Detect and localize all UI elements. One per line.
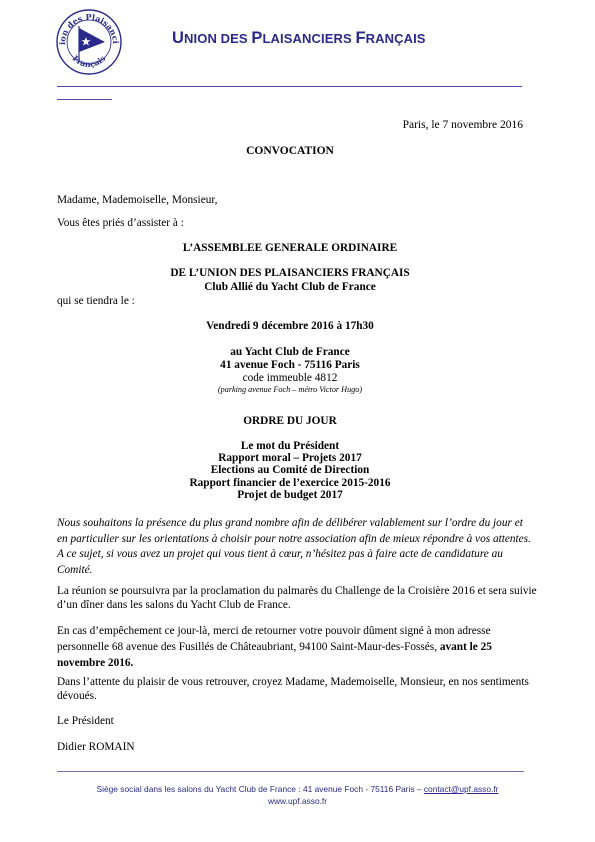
closing-paragraph: Dans l’attente du plaisir de vous retrou… xyxy=(57,675,532,704)
assembly-line-1: L’ASSEMBLEE GENERALE ORDINAIRE xyxy=(50,242,530,254)
event-datetime: Vendredi 9 décembre 2016 à 17h30 xyxy=(50,320,530,332)
event-address: 41 avenue Foch - 75116 Paris xyxy=(50,359,530,371)
agenda-item: Le mot du Président xyxy=(50,440,530,452)
agenda-list: Le mot du Président Rapport moral – Proj… xyxy=(50,440,530,501)
club-pennant-logo-icon: Union des Plaisanciers Français xyxy=(55,8,123,76)
participation-paragraph: Nous souhaitons la présence du plus gran… xyxy=(57,516,532,578)
building-code: code immeuble 4812 xyxy=(50,372,530,384)
text-line: Nous souhaitons la présence du plus gran… xyxy=(57,516,532,532)
deadline-bold: avant le 25 xyxy=(440,641,492,653)
text-line: Comité. xyxy=(57,563,532,579)
agenda-item: Rapport financier de l’exercice 2015-201… xyxy=(50,477,530,489)
agenda-heading: ORDRE DU JOUR xyxy=(50,415,530,427)
signature-name: Didier ROMAIN xyxy=(57,740,532,754)
header-divider xyxy=(57,86,522,87)
text-line: personnelle 68 avenue des Fusillés de Ch… xyxy=(57,639,532,655)
text-line: A ce sujet, si vous avez un projet qui v… xyxy=(57,547,532,563)
salutation: Madame, Mademoiselle, Monsieur, xyxy=(57,193,532,207)
organization-title: UNION DES PLAISANCIERS FRANÇAIS xyxy=(172,29,426,48)
footer-divider xyxy=(57,771,524,772)
agenda-item: Rapport moral – Projets 2017 xyxy=(50,452,530,464)
proxy-paragraph: En cas d’empêchement ce jour-là, merci d… xyxy=(57,623,532,671)
header-divider-short xyxy=(57,99,112,100)
held-on-label: qui se tiendra le : xyxy=(57,294,532,308)
event-venue: au Yacht Club de France xyxy=(50,346,530,358)
agenda-item: Elections au Comité de Direction xyxy=(50,464,530,476)
agenda-item: Projet de budget 2017 xyxy=(50,489,530,501)
footer-address: Siège social dans les salons du Yacht Cl… xyxy=(97,784,424,794)
text-line: en particulier sur les orientations à ch… xyxy=(57,532,532,548)
website-text: www.upf.asso.fr xyxy=(40,796,555,808)
text-line: La réunion se poursuivra par la proclama… xyxy=(57,584,532,598)
invite-intro: Vous êtes priés d’assister à : xyxy=(57,216,532,230)
reunion-paragraph: La réunion se poursuivra par la proclama… xyxy=(57,584,532,613)
assembly-line-2: DE L’UNION DES PLAISANCIERS FRANÇAIS xyxy=(50,267,530,279)
proxy-address: personnelle 68 avenue des Fusillés de Ch… xyxy=(57,641,440,653)
text-line: Dans l’attente du plaisir de vous retrou… xyxy=(57,675,532,689)
date-line: Paris, le 7 novembre 2016 xyxy=(403,119,523,131)
text-line: d’un dîner dans les salons du Yacht Club… xyxy=(57,598,532,612)
contact-email-link[interactable]: contact@upf.asso.fr xyxy=(424,784,499,794)
footer: Siège social dans les salons du Yacht Cl… xyxy=(40,784,555,807)
text-line: En cas d’empêchement ce jour-là, merci d… xyxy=(57,623,532,639)
document-title: CONVOCATION xyxy=(50,145,530,157)
signature-role: Le Président xyxy=(57,714,532,728)
text-line: dévoués. xyxy=(57,689,532,703)
access-info: (parking avenue Foch – métro Victor Hugo… xyxy=(50,385,530,394)
assembly-line-3: Club Allié du Yacht Club de France xyxy=(50,281,530,293)
deadline-bold: novembre 2016. xyxy=(57,655,532,671)
